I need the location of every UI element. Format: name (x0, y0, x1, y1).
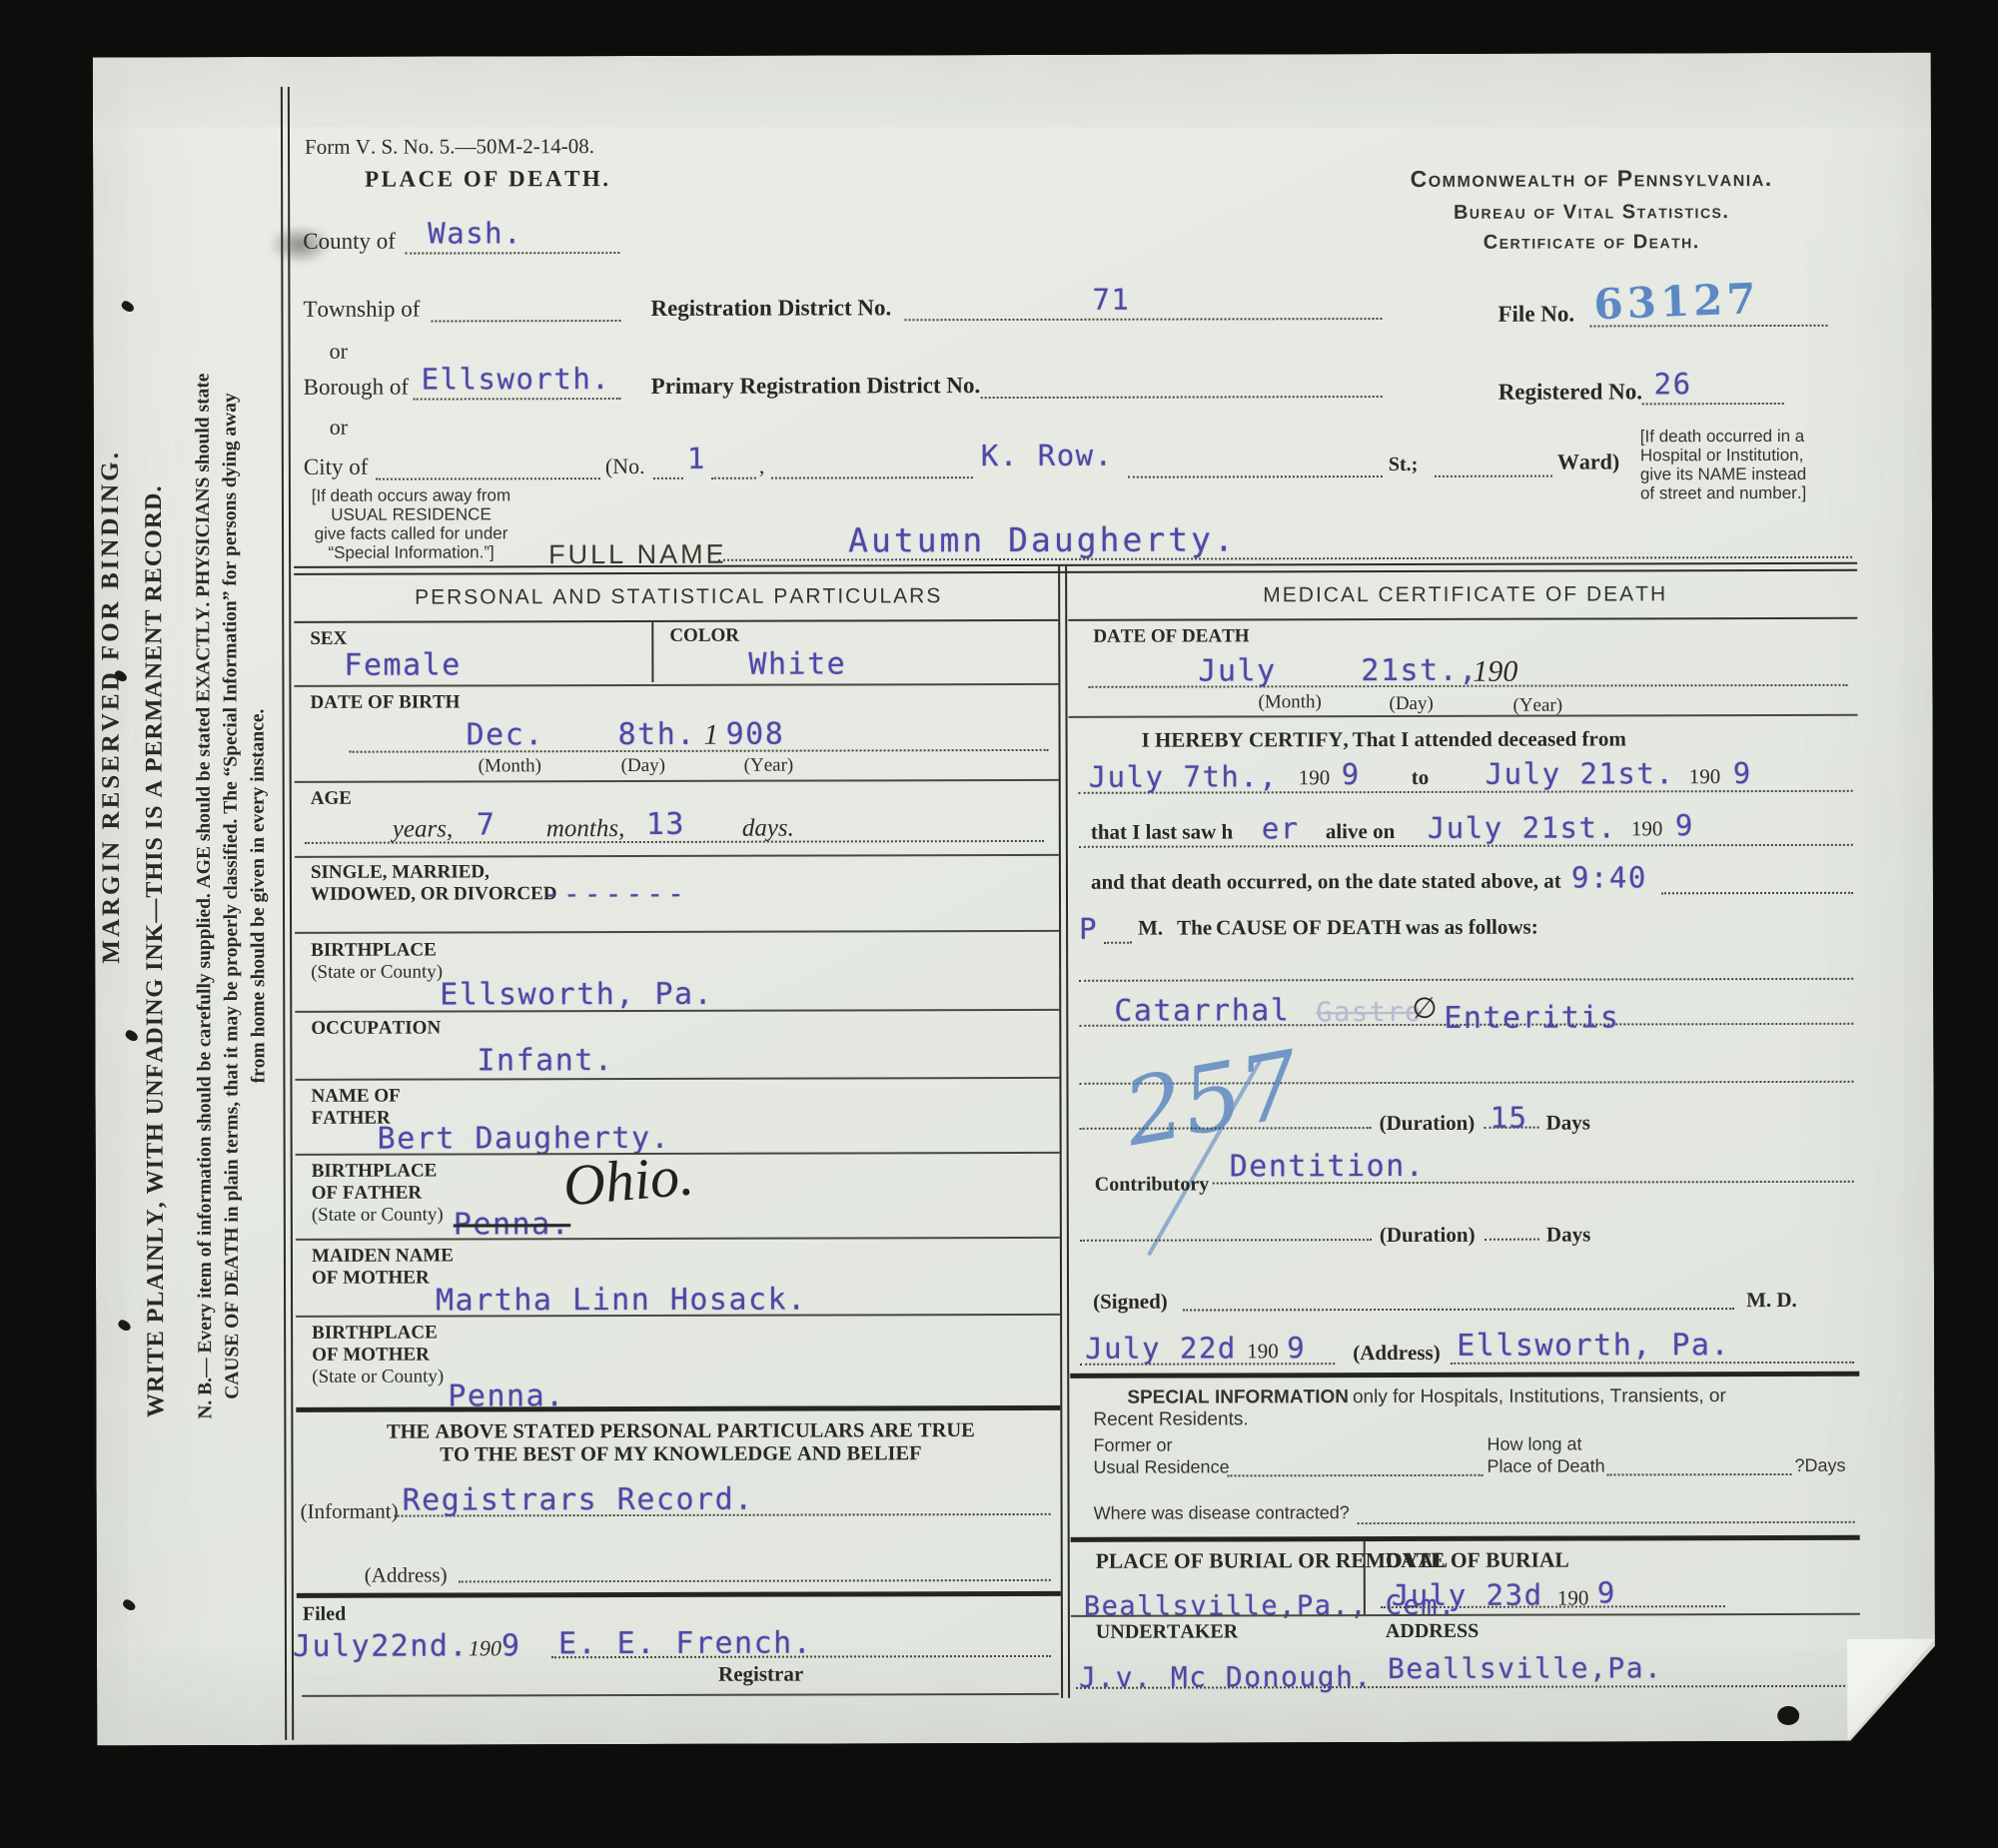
registered-no-label: Registered No. (1498, 379, 1642, 405)
row-rule (296, 1237, 1060, 1241)
sex-label: SEX (310, 628, 347, 650)
dotted-line (981, 372, 1383, 399)
county-label: County of (303, 229, 396, 255)
row-rule (295, 1077, 1059, 1081)
residence-note-line4: “Special Information.”] (294, 542, 528, 562)
hospital-note-line2: Hospital or Institution, (1640, 446, 1806, 464)
cause-intro-bold: CAUSE OF DEATH (1216, 915, 1402, 939)
full-name-value: Autumn Daugherty. (848, 519, 1237, 559)
signed-year-printed: 190 (1247, 1339, 1279, 1364)
cause-intro-2: was as follows: (1406, 915, 1538, 939)
last-saw-typed-pronoun: er (1262, 811, 1300, 845)
registration-district-value: 71 (1092, 283, 1130, 317)
death-year-printed: 190 (1473, 655, 1517, 689)
section-rule-thick (297, 1591, 1061, 1598)
row-rule (295, 779, 1059, 783)
attended-from-year-printed: 190 (1299, 765, 1331, 790)
margin-nb-note: N. B.— Every item of information should … (189, 117, 277, 1675)
signed-address-label: (Address) (1353, 1341, 1441, 1366)
death-year-caption: (Year) (1512, 695, 1562, 717)
column-divider-rule (1058, 566, 1070, 1698)
truth-statement-line1: THE ABOVE STATED PERSONAL PARTICULARS AR… (306, 1419, 1055, 1444)
primary-registration-label: Primary Registration District No. (651, 373, 981, 400)
months-label: months, (546, 815, 625, 843)
sex-value: Female (344, 647, 461, 682)
attended-from-year-typed: 9 (1342, 757, 1361, 791)
informant-value: Registrars Record. (403, 1482, 754, 1518)
dotted-line (1128, 452, 1383, 478)
residence-note-line3: give facts called for under (294, 523, 528, 543)
filed-year-typed: 9 (501, 1628, 521, 1663)
cause-of-death-value-1: Catarrhal (1114, 993, 1290, 1028)
section-rule-thick (1071, 1535, 1860, 1542)
truth-statement-line2: TO THE BEST OF MY KNOWLEDGE AND BELIEF (306, 1442, 1055, 1467)
meridiem-label: M. (1138, 916, 1163, 940)
cause-of-death-value-2: Enteritis (1444, 1000, 1619, 1035)
ink-dot (1777, 1706, 1799, 1725)
former-residence-label-2: Usual Residence (1093, 1456, 1229, 1477)
row-rule (1068, 617, 1857, 621)
occupation-value: Infant. (477, 1043, 613, 1078)
mother-maiden-label-1: MAIDEN NAME (312, 1245, 454, 1267)
commonwealth-title: Commonwealth of Pennsylvania. (1272, 165, 1911, 194)
hospital-note-line4: of street and number.] (1640, 483, 1806, 502)
age-days-value: 13 (646, 807, 685, 842)
birthplace-label: BIRTHPLACE (311, 940, 437, 962)
residence-note-line1: [If death occurs away from (294, 485, 528, 505)
mother-birthplace-label-2: OF MOTHER (312, 1345, 430, 1367)
dotted-line (1606, 1449, 1791, 1475)
house-no-value: 1 (687, 442, 706, 475)
father-birthplace-caption: (State or County) (312, 1204, 444, 1226)
filed-label: Filed (303, 1603, 346, 1626)
dob-month-value: Dec. (467, 717, 544, 752)
dob-day-value: 8th. (618, 717, 696, 752)
md-label: M. D. (1746, 1288, 1797, 1313)
birthplace-value: Ellsworth, Pa. (440, 977, 713, 1013)
dotted-line (711, 454, 756, 479)
attended-to-year-printed: 190 (1689, 764, 1721, 789)
father-birthplace-label-2: OF FATHER (312, 1183, 422, 1205)
dotted-line (431, 296, 620, 322)
dotted-line (350, 725, 1049, 753)
color-value: White (748, 646, 846, 681)
special-info-bold: SPECIAL INFORMATION (1127, 1386, 1349, 1408)
usual-residence-note: [If death occurs away from USUAL RESIDEN… (294, 485, 528, 562)
filed-date-typed: July22nd. (293, 1628, 469, 1663)
row-rule (294, 683, 1058, 687)
dotted-line (1485, 1215, 1539, 1241)
former-residence-label-1: Former or (1093, 1435, 1172, 1456)
father-birthplace-struck-value: Penna. (454, 1207, 570, 1242)
informant-label: (Informant) (301, 1499, 399, 1524)
margin-nb-line1: N. B.— Every item of information should … (189, 117, 220, 1675)
commonwealth-block: Commonwealth of Pennsylvania. Bureau of … (1272, 165, 1911, 256)
file-no-label: File No. (1498, 302, 1574, 328)
place-of-death-title: PLACE OF DEATH. (365, 166, 611, 193)
residence-note-line2: USUAL RESIDENCE (294, 504, 528, 524)
marital-label-1: SINGLE, MARRIED, (311, 861, 490, 883)
color-label: COLOR (669, 625, 739, 647)
year-caption: (Year) (744, 755, 794, 777)
attended-from-value: July 7th., (1089, 759, 1279, 793)
signed-label: (Signed) (1093, 1290, 1168, 1315)
house-no-label: (No. (605, 454, 645, 479)
binding-hole (117, 1319, 133, 1333)
marital-label-2: WIDOWED, OR DIVORCED (311, 883, 557, 906)
day-caption: (Day) (621, 755, 665, 777)
death-day-caption: (Day) (1389, 693, 1433, 715)
cause-of-death-erased: Gastro (1316, 997, 1423, 1028)
death-certificate-document: MARGIN RESERVED FOR BINDING. WRITE PLAIN… (93, 53, 1935, 1746)
bureau-title: Bureau of Vital Statistics. (1272, 201, 1911, 226)
last-saw-year-typed: 9 (1675, 808, 1694, 842)
dob-label: DATE OF BIRTH (310, 691, 460, 713)
certificate-title: Certificate of Death. (1272, 231, 1911, 256)
dotted-line (1661, 868, 1853, 895)
disease-contracted-label: Where was disease contracted? (1094, 1502, 1350, 1524)
death-day-value: 21st., (1361, 653, 1478, 688)
margin-nb-line3: from home should be given in every insta… (243, 117, 274, 1675)
signed-date-typed: July 22d (1085, 1331, 1237, 1365)
filed-year-printed: 190 (469, 1635, 501, 1660)
row-rule (295, 1009, 1059, 1013)
margin-binding-text: MARGIN RESERVED FOR BINDING. (97, 397, 129, 1016)
to-label: to (1412, 765, 1430, 790)
photo-backdrop: MARGIN RESERVED FOR BINDING. WRITE PLAIN… (0, 0, 1998, 1848)
how-long-label-1: How long at (1487, 1434, 1581, 1455)
binding-hole (121, 1598, 137, 1612)
margin-nb-line2: CAUSE OF DEATH in plain terms, that it m… (216, 117, 247, 1675)
dotted-line (1079, 954, 1853, 982)
registration-district-label: Registration District No. (650, 295, 891, 322)
dotted-line (1183, 1284, 1734, 1311)
last-saw-text-2: alive on (1326, 819, 1395, 844)
contributory-value: Dentition. (1230, 1149, 1426, 1185)
dotted-line (904, 294, 1382, 321)
mother-birthplace-caption: (State or County) (312, 1366, 444, 1387)
death-time-value: 9:40 (1571, 860, 1647, 894)
sex-color-divider (651, 622, 653, 682)
borough-value: Ellsworth. (422, 362, 611, 396)
row-rule (1069, 714, 1858, 718)
city-label: City of (304, 455, 369, 480)
registrar-label: Registrar (718, 1662, 803, 1687)
father-birthplace-handwritten-value: Ohio. (560, 1141, 696, 1219)
dotted-line (1104, 918, 1132, 944)
hospital-note: [If death occurred in a Hospital or Inst… (1640, 427, 1807, 502)
special-info-rest: only for Hospitals, Institutions, Transi… (1353, 1386, 1726, 1407)
burial-date-label: DATE OF BURIAL (1386, 1548, 1569, 1573)
month-caption: (Month) (479, 755, 541, 777)
undertaker-address-label: ADDRESS (1386, 1620, 1479, 1643)
cause-intro-line: M. The CAUSE OF DEATH was as follows: (1138, 915, 1538, 941)
certify-rest: That I attended deceased from (1353, 726, 1626, 751)
days-label: days. (742, 815, 794, 843)
years-label: years, (393, 815, 453, 843)
informant-address-label: (Address) (365, 1562, 448, 1587)
section-rule-thick (1070, 1372, 1859, 1379)
father-birthplace-label-1: BIRTHPLACE (312, 1161, 438, 1183)
dotted-line (459, 1555, 1051, 1583)
dotted-line (771, 453, 973, 479)
special-info-line: SPECIAL INFORMATION only for Hospitals, … (1127, 1386, 1726, 1409)
certify-bold: I HEREBY CERTIFY, (1142, 727, 1349, 752)
or-label-1: or (330, 339, 348, 365)
mother-maiden-label-2: OF MOTHER (312, 1268, 430, 1290)
meridiem-typed: P (1079, 912, 1098, 946)
personal-section-title: PERSONAL AND STATISTICAL PARTICULARS (304, 584, 1053, 610)
duration-days-label: Days (1546, 1110, 1590, 1135)
dotted-line (1227, 1450, 1483, 1477)
signed-year-typed: 9 (1287, 1331, 1306, 1365)
street-label: St.; (1389, 454, 1419, 476)
dotted-line (1435, 452, 1552, 477)
death-occurred-text: and that death occurred, on the date sta… (1091, 869, 1561, 895)
age-label: AGE (311, 788, 352, 810)
mother-birthplace-label-1: BIRTHPLACE (312, 1323, 438, 1345)
last-saw-date-value: July 21st. (1428, 810, 1617, 844)
undertaker-address-value: Beallsville,Pa. (1388, 1651, 1662, 1685)
binding-hole (120, 300, 136, 314)
burial-year-typed: 9 (1597, 1575, 1616, 1609)
marital-value: ------- (542, 877, 688, 910)
dob-year-typed: 908 (726, 717, 785, 752)
row-rule (302, 1693, 1059, 1697)
form-number: Form V. S. No. 5.—50M-2-14-08. (305, 134, 594, 160)
dotted-line (1080, 1103, 1372, 1130)
or-label-2: or (330, 415, 348, 441)
burial-year-printed: 190 (1557, 1585, 1589, 1610)
registrar-signature: E. E. French. (558, 1626, 812, 1662)
registered-no-value: 26 (1654, 367, 1692, 401)
hospital-note-line3: give its NAME instead (1640, 464, 1806, 483)
death-month-caption: (Month) (1258, 691, 1321, 713)
dotted-line (653, 454, 683, 479)
margin-write-plainly-text: WRITE PLAINLY, WITH UNFADING INK—THIS IS… (141, 377, 174, 1525)
street-value: K. Row. (981, 439, 1114, 472)
age-months-value: 7 (477, 807, 497, 842)
days-question-label: ?Days (1794, 1455, 1845, 1476)
how-long-label-2: Place of Death (1487, 1455, 1604, 1476)
row-rule (295, 854, 1059, 858)
last-saw-year-printed: 190 (1631, 816, 1663, 841)
ward-label: Ward) (1557, 449, 1619, 474)
duration2-label: (Duration) (1380, 1223, 1476, 1248)
dotted-line (1358, 1497, 1855, 1524)
dotted-line (1451, 1338, 1854, 1365)
father-name-label-1: NAME OF (311, 1086, 400, 1108)
truth-statement: THE ABOVE STATED PERSONAL PARTICULARS AR… (306, 1419, 1055, 1467)
last-saw-text-1: that I last saw h (1091, 819, 1233, 844)
occupation-label: OCCUPATION (311, 1018, 441, 1040)
margin-binding-rule (281, 87, 294, 1740)
cause-intro-1: The (1177, 915, 1212, 939)
dotted-line (376, 454, 600, 480)
hospital-note-line1: [If death occurred in a (1640, 427, 1806, 446)
undertaker-label: UNDERTAKER (1096, 1620, 1238, 1643)
contributory-label: Contributory (1095, 1173, 1210, 1196)
undertaker-value: J.v. Mc Donough. (1079, 1660, 1373, 1694)
section-divider-rule (294, 562, 1857, 575)
dob-year-printed: 1 (704, 719, 719, 752)
borough-label: Borough of (304, 375, 409, 401)
county-value: Wash. (428, 216, 522, 250)
comma: , (759, 454, 765, 479)
medical-section-title: MEDICAL CERTIFICATE OF DEATH (1078, 582, 1852, 608)
row-rule (294, 619, 1058, 623)
death-month-value: July (1198, 653, 1276, 688)
date-of-death-label: DATE OF DEATH (1093, 625, 1249, 647)
filed-date: July22nd.1909 (293, 1628, 521, 1664)
folded-corner (1847, 1639, 1935, 1741)
binding-hole (124, 1029, 140, 1043)
attended-to-year-typed: 9 (1733, 756, 1752, 790)
row-rule (295, 930, 1059, 934)
mother-maiden-value: Martha Linn Hosack. (436, 1283, 807, 1319)
dotted-line (1080, 1215, 1372, 1242)
duration2-days-label: Days (1546, 1222, 1590, 1247)
special-info-rest-2: Recent Residents. (1093, 1408, 1248, 1430)
attended-to-value: July 21st. (1486, 756, 1675, 790)
duration-label: (Duration) (1380, 1111, 1476, 1136)
section-rule-thick (296, 1405, 1060, 1412)
township-label: Township of (303, 297, 420, 323)
cause-correction-mark: ∅ (1412, 991, 1437, 1026)
duration-value: 15 (1491, 1101, 1528, 1135)
burial-date-value: July 23d (1392, 1578, 1543, 1612)
file-no-stamp: 63127 (1593, 274, 1761, 329)
certify-line: I HEREBY CERTIFY, That I attended deceas… (1142, 726, 1626, 752)
birthplace-caption: (State or County) (311, 961, 443, 983)
